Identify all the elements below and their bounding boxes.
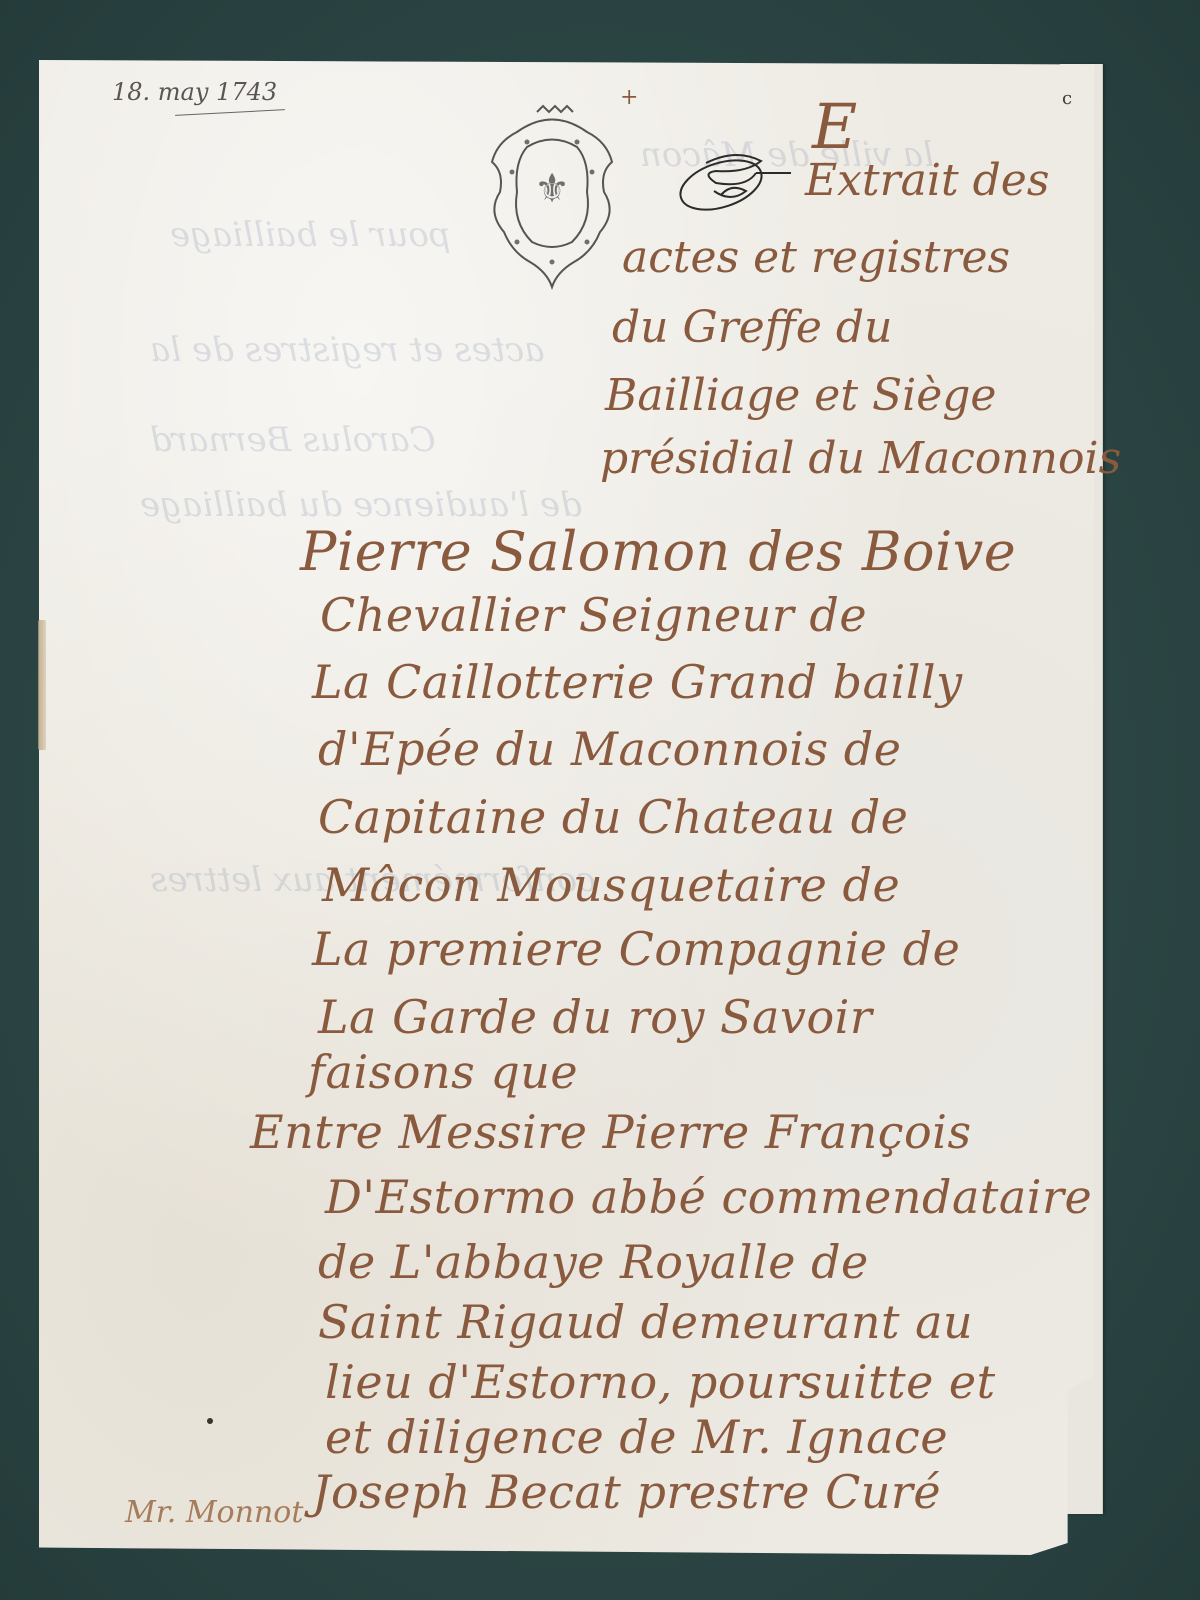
body-line: Mâcon Mousquetaire de	[322, 858, 900, 912]
bleed-through-text: Carolus Bernard	[150, 420, 436, 460]
body-line: lieu d'Estorno, poursuitte et	[325, 1355, 996, 1409]
fleur-de-lis-stamp-icon: ⚜	[482, 102, 622, 292]
ink-spot	[207, 1418, 213, 1424]
heading-line: actes et registres	[622, 232, 1010, 283]
body-line: D'Estormo abbé commendataire	[325, 1170, 1092, 1224]
cross-mark-icon: +	[620, 85, 638, 110]
corner-mark: c	[1062, 88, 1072, 109]
bleed-through-text: de l'audience du bailliage	[140, 485, 582, 525]
body-line: La Caillotterie Grand bailly	[312, 655, 963, 709]
body-line: Pierre Salomon des Boive	[300, 520, 1016, 583]
heading-line: Bailliage et Siège	[605, 370, 996, 421]
body-line: et diligence de Mr. Ignace	[325, 1410, 948, 1464]
body-line: faisons que	[308, 1045, 578, 1099]
body-line: d'Epée du Maconnois de	[318, 722, 901, 776]
bleed-through-text: actes et registres de la	[150, 330, 545, 370]
body-line: Capitaine du Chateau de	[318, 790, 908, 844]
body-line: Saint Rigaud demeurant au	[318, 1295, 973, 1349]
heading-line: Extrait des	[805, 155, 1049, 206]
pencil-date-note: 18. may 1743	[112, 78, 277, 106]
heading-line: présidial du Maconnois	[600, 433, 1121, 484]
body-line: Joseph Becat prestre Curé	[312, 1465, 941, 1519]
heading-line: du Greffe du	[612, 302, 892, 353]
body-line: Entre Messire Pierre François	[250, 1105, 972, 1159]
heading-initial: E	[812, 90, 857, 163]
body-line: Chevallier Seigneur de	[320, 588, 867, 642]
binding-tear	[38, 620, 46, 750]
bleed-through-text: pour le bailliage	[170, 215, 451, 255]
body-line: La premiere Compagnie de	[312, 922, 960, 976]
body-line: La Garde du roy Savoir	[318, 990, 872, 1044]
svg-text:⚜: ⚜	[534, 166, 570, 212]
footer-signature: Mr. Monnot	[125, 1495, 303, 1530]
body-line: de L'abbaye Royalle de	[318, 1235, 869, 1289]
paraph-flourish-icon	[676, 143, 796, 213]
